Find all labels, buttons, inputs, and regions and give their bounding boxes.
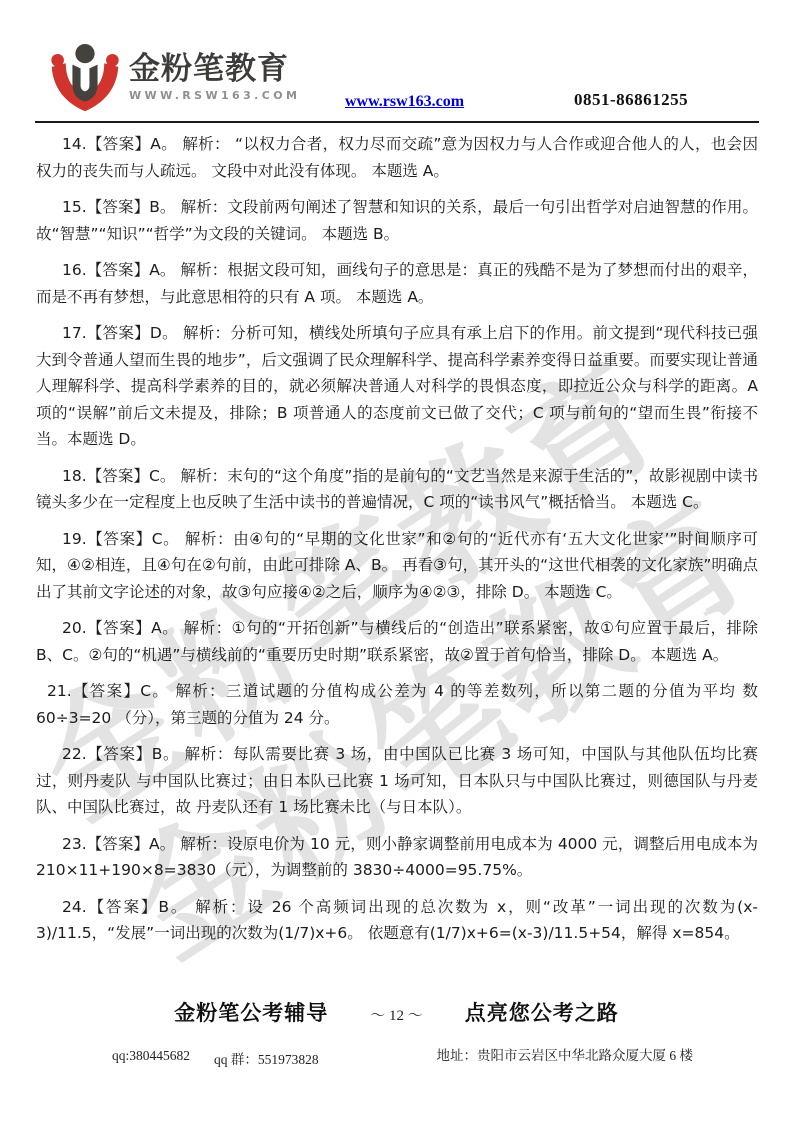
footer-address: 地址：贵阳市云岩区中华北路众厦大厦 6 楼 [437,1044,694,1064]
footer-slogan: 点亮您公考之路 [465,997,619,1027]
phone-number: 0851-86861255 [574,90,688,110]
answer-item-20: 20.【答案】A。 解析：①句的“开拓创新”与横线后的“创造出”联系紧密，故①句… [36,615,758,668]
answer-item-22: 22.【答案】B。 解析：每队需要比赛 3 场，由中国队已比赛 3 场可知，中国… [36,741,758,821]
page-number: ～ 12 ～ [370,1004,423,1025]
brand-name: 金粉笔教育 [129,52,300,86]
footer-brand-left: 金粉笔公考辅导 [174,997,328,1027]
brand-site-caption: WWW.RSW163.COM [129,89,300,102]
answer-item-14: 14.【答案】A。 解析： “以权力合者，权力尽而交疏”意为因权力与人合作或迎合… [36,131,758,184]
website-link[interactable]: www.rsw163.com [345,93,464,111]
brand-logo-icon [48,42,122,114]
qq-number: qq:380445682 [112,1048,190,1068]
answer-item-24: 24.【答案】B。 解析：设 26 个高频词出现的总次数为 x，则“改革”一词出… [36,894,758,947]
answer-item-15: 15.【答案】B。 解析：文段前两句阐述了智慧和知识的关系，最后一句引出哲学对启… [36,194,758,247]
qq-group-number: qq 群：551973828 [214,1048,319,1068]
answer-item-23: 23.【答案】A。 解析：设原电价为 10 元，则小静家调整前用电成本为 400… [36,831,758,884]
footer-title: 金粉笔公考辅导 ～ 12 ～ 点亮您公考之路 [0,997,793,1027]
answer-item-16: 16.【答案】A。 解析：根据文段可知，画线句子的意思是：真正的残酷不是为了梦想… [36,257,758,310]
answer-item-19: 19.【答案】C。 解析：由④句的“早期的文化世家”和②句的“近代亦有‘五大文化… [36,526,758,606]
document-page: 金粉笔教育 金粉笔教育 金粉笔教育 WWW.RSW163.COM www.rsw… [0,0,793,1122]
footer-qq-block: qq:380445682 qq 群：551973828 [112,1048,319,1068]
brand-logo-text: 金粉笔教育 WWW.RSW163.COM [129,42,300,102]
answer-item-21: 21.【答案】C。 解析：三道试题的分值构成公差为 4 的等差数列，所以第二题的… [36,678,758,731]
answers-section: 14.【答案】A。 解析： “以权力合者，权力尽而交疏”意为因权力与人合作或迎合… [36,131,758,957]
footer-contact: qq:380445682 qq 群：551973828 地址：贵阳市云岩区中华北… [112,1044,693,1068]
brand-logo: 金粉笔教育 WWW.RSW163.COM [48,42,300,114]
answer-item-18: 18.【答案】C。 解析：末句的“这个角度”指的是前句的“文艺当然是来源于生活的… [36,463,758,516]
header-divider [35,121,759,123]
answer-item-17: 17.【答案】D。 解析：分析可知，横线处所填句子应具有承上启下的作用。前文提到… [36,320,758,453]
